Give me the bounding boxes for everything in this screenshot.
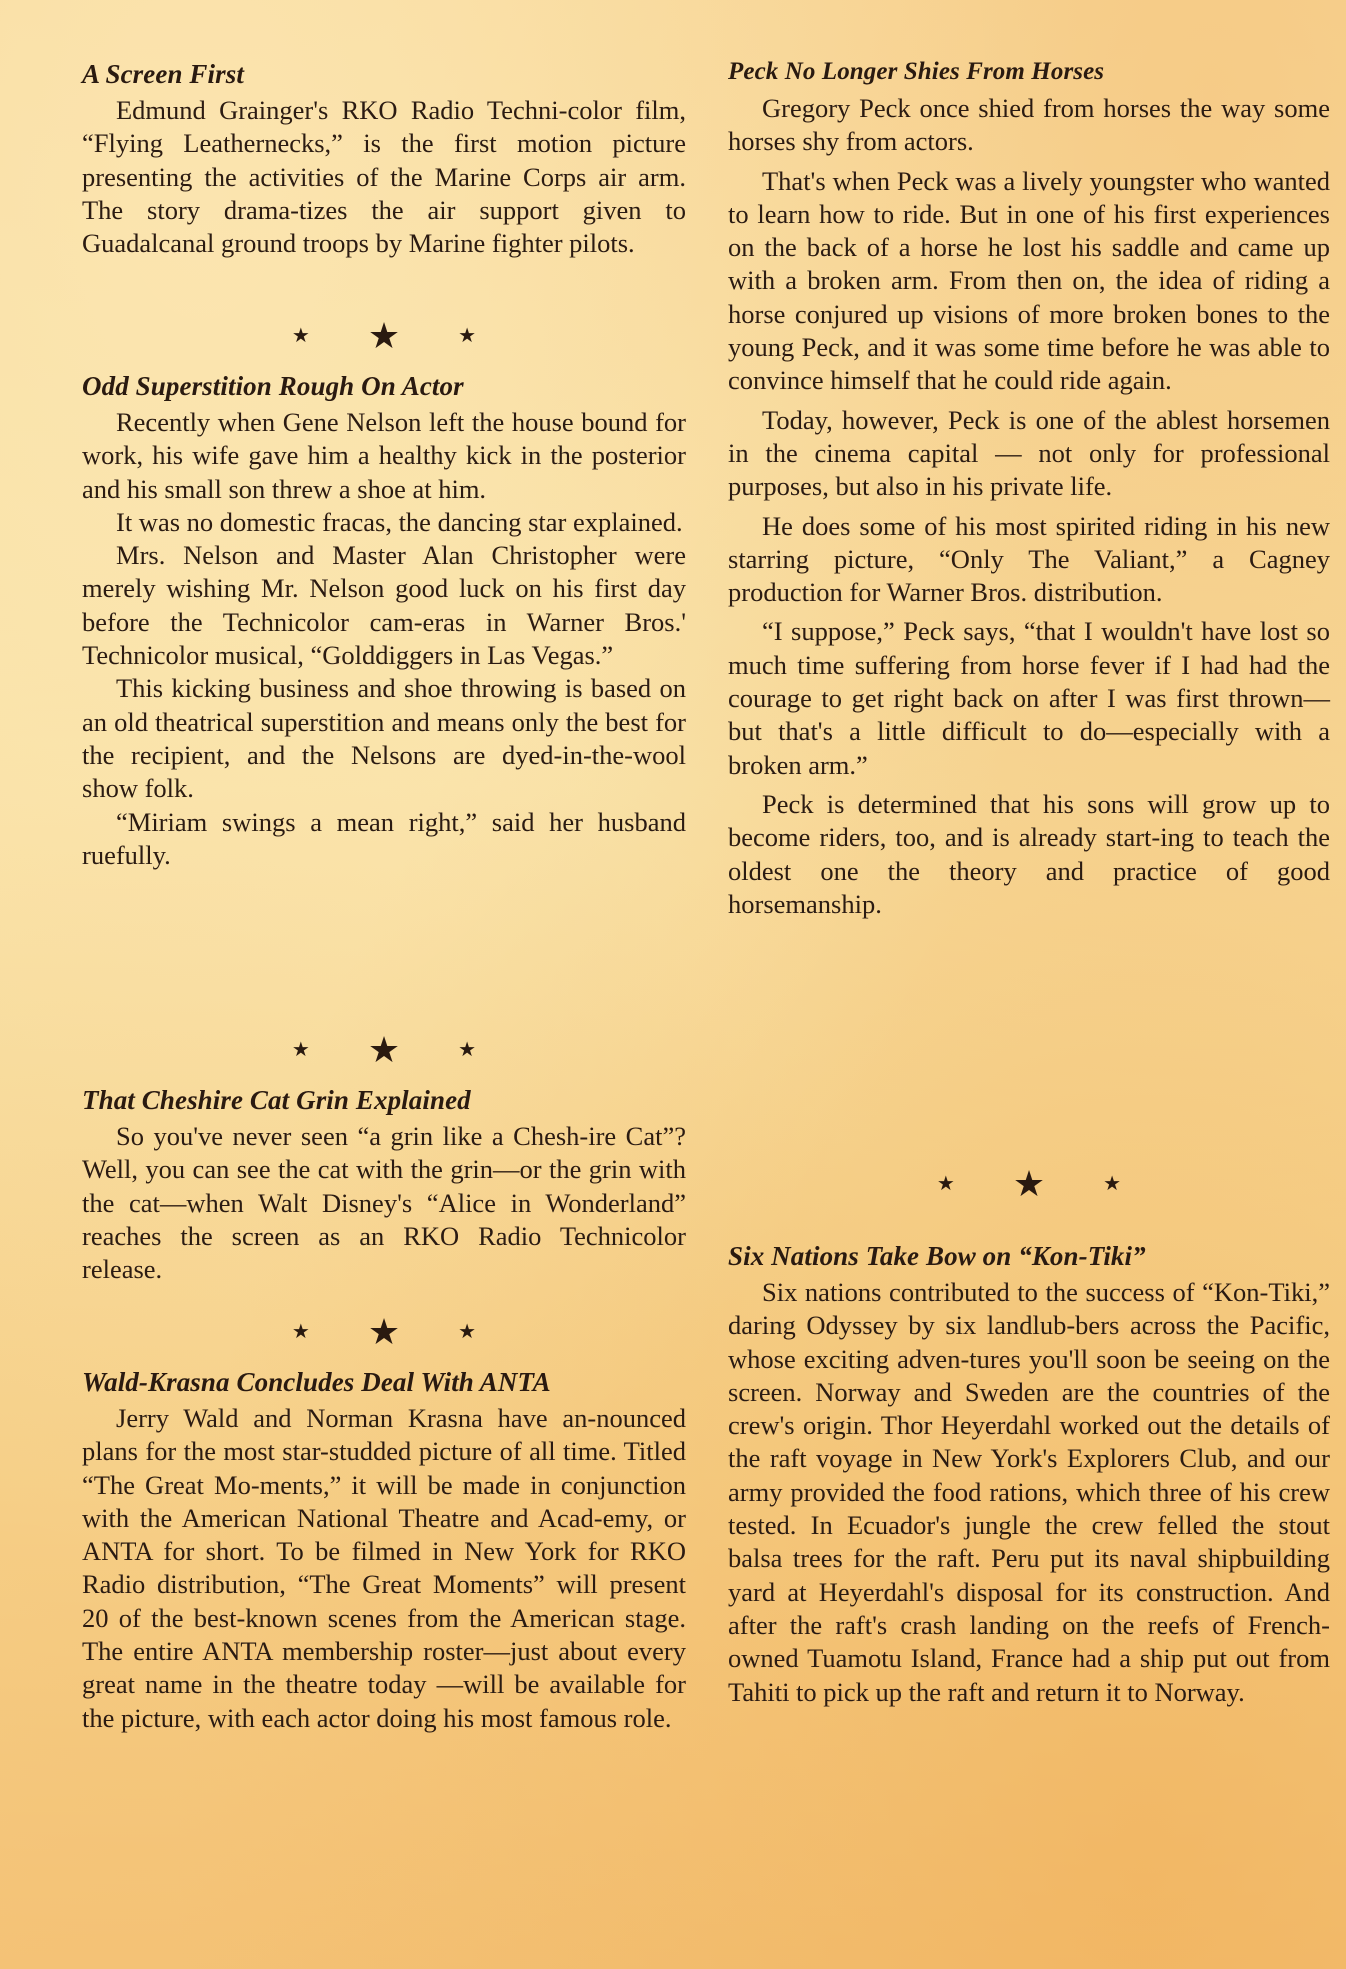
- article-peck-horses: Peck No Longer Shies From Horses Gregory…: [728, 56, 1330, 921]
- headline: A Screen First: [82, 58, 686, 90]
- paragraph: “Miriam swings a mean right,” said her h…: [82, 806, 686, 873]
- paragraph: Six nations contributed to the success o…: [728, 1276, 1330, 1709]
- star-icon: ★: [1103, 1174, 1121, 1194]
- headline: Odd Superstition Rough On Actor: [82, 370, 686, 402]
- star-icon: ★: [368, 318, 400, 354]
- star-icon: ★: [292, 326, 310, 346]
- star-divider: ★ ★ ★: [728, 1166, 1330, 1202]
- left-column: A Screen First Edmund Grainger's RKO Rad…: [82, 0, 686, 1969]
- paragraph: That's when Peck was a lively youngster …: [728, 165, 1330, 398]
- star-icon: ★: [292, 1040, 310, 1060]
- paragraph: He does some of his most spirited riding…: [728, 510, 1330, 610]
- headline: Peck No Longer Shies From Horses: [728, 56, 1330, 88]
- headline: Wald-Krasna Concludes Deal With ANTA: [82, 1366, 686, 1398]
- star-divider: ★ ★ ★: [82, 1314, 686, 1350]
- article-wald-krasna: Wald-Krasna Concludes Deal With ANTA Jer…: [82, 1366, 686, 1735]
- paragraph: Recently when Gene Nelson left the house…: [82, 406, 686, 506]
- paragraph: So you've never seen “a grin like a Ches…: [82, 1120, 686, 1286]
- paragraph: It was no domestic fracas, the dancing s…: [82, 506, 686, 539]
- paragraph: Jerry Wald and Norman Krasna have an-nou…: [82, 1402, 686, 1735]
- star-icon: ★: [368, 1314, 400, 1350]
- paragraph: Mrs. Nelson and Master Alan Christopher …: [82, 539, 686, 672]
- star-icon: ★: [292, 1322, 310, 1342]
- star-divider: ★ ★ ★: [82, 1032, 686, 1068]
- star-icon: ★: [458, 1322, 476, 1342]
- right-column: Peck No Longer Shies From Horses Gregory…: [728, 0, 1330, 1969]
- star-icon: ★: [1013, 1166, 1045, 1202]
- star-icon: ★: [368, 1032, 400, 1068]
- article-odd-superstition: Odd Superstition Rough On Actor Recently…: [82, 370, 686, 872]
- headline: Six Nations Take Bow on “Kon-Tiki”: [728, 1240, 1330, 1272]
- headline: That Cheshire Cat Grin Explained: [82, 1084, 686, 1116]
- paragraph: Peck is determined that his sons will gr…: [728, 788, 1330, 921]
- paragraph: Edmund Grainger's RKO Radio Techni-color…: [82, 94, 686, 260]
- star-icon: ★: [458, 326, 476, 346]
- paragraph: “I suppose,” Peck says, “that I wouldn't…: [728, 615, 1330, 781]
- article-cheshire-cat: That Cheshire Cat Grin Explained So you'…: [82, 1084, 686, 1286]
- paragraph: This kicking business and shoe throwing …: [82, 672, 686, 805]
- star-icon: ★: [937, 1174, 955, 1194]
- paragraph: Today, however, Peck is one of the ables…: [728, 404, 1330, 504]
- star-divider: ★ ★ ★: [82, 318, 686, 354]
- article-a-screen-first: A Screen First Edmund Grainger's RKO Rad…: [82, 58, 686, 260]
- article-kon-tiki: Six Nations Take Bow on “Kon-Tiki” Six n…: [728, 1240, 1330, 1709]
- star-icon: ★: [458, 1040, 476, 1060]
- paragraph: Gregory Peck once shied from horses the …: [728, 92, 1330, 159]
